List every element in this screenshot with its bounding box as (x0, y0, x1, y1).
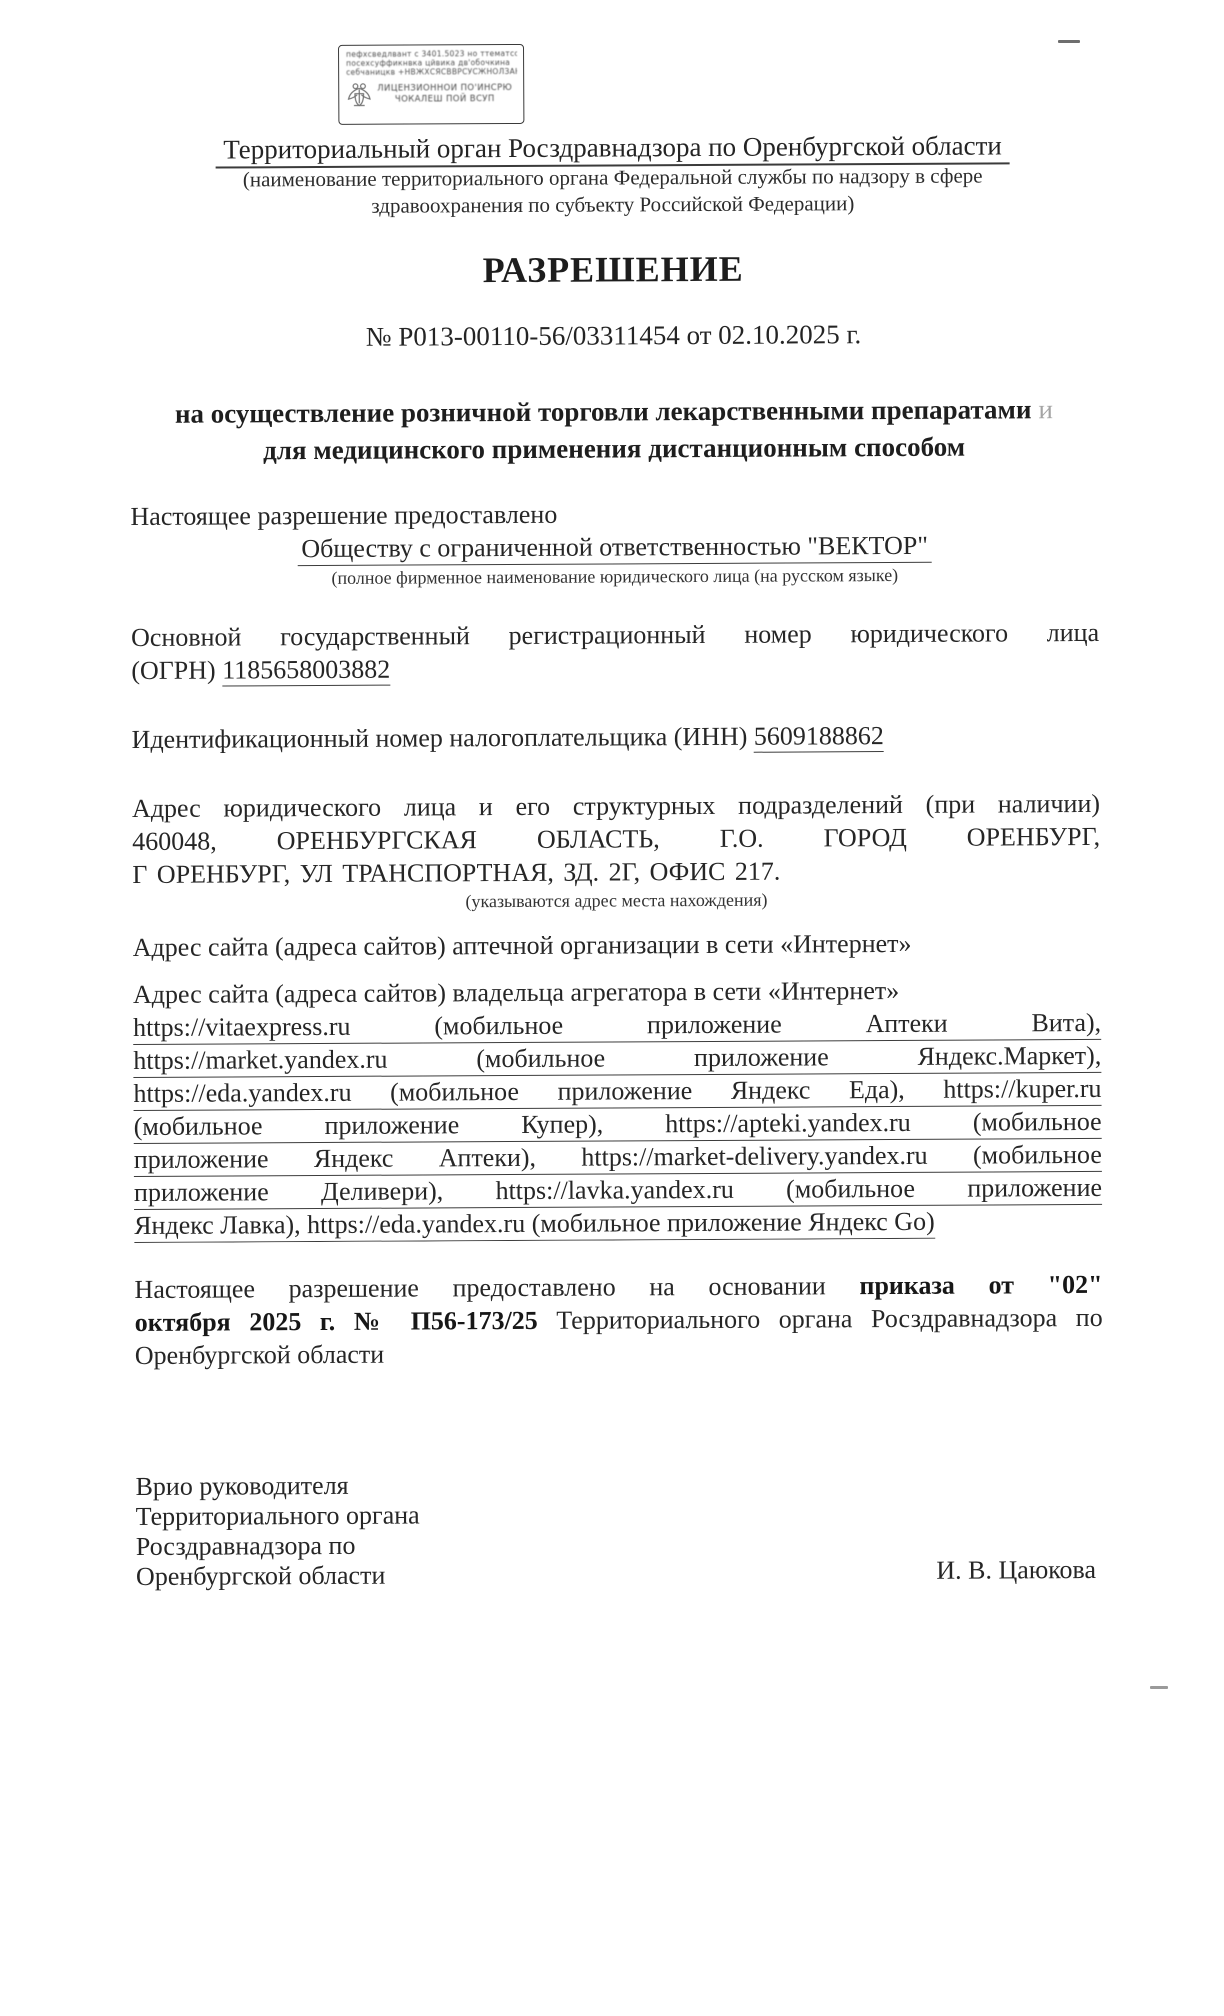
url-line: https://eda.yandex.ru (мобильное приложе… (133, 1073, 1101, 1111)
stamp-emblem-text-line: ЛИЦЕНЗИОННОЙ ПО'ЙНСРЮ (372, 83, 517, 95)
inn-paragraph: Идентификационный номер налогоплательщик… (132, 718, 1100, 756)
url-line: Яндекс Лавка), https://eda.yandex.ru (мо… (134, 1205, 1102, 1243)
document-number: № Р013-00110-56/03311454 от 02.10.2025 г… (129, 318, 1097, 354)
ogrn-paragraph: Основной государственный регистрационный… (131, 616, 1099, 687)
aggregator-site-line: Адрес сайта (адреса сайтов) владельца аг… (133, 973, 1101, 1011)
subject-line: для медицинского применения дистанционны… (130, 428, 1098, 470)
inn-value: 5609188862 (754, 721, 884, 753)
url-line: приложение Яндекс Аптеки), https://marke… (134, 1139, 1102, 1177)
ogrn-value: 1185658003882 (222, 655, 390, 687)
org-name-note: здравоохранения по субъекту Российской Ф… (129, 189, 1097, 221)
signature-name: И. В. Цаюкова (936, 1555, 1096, 1588)
company-name: Обществу с ограниченной ответственностью… (131, 528, 1099, 567)
url-line: https://vitaexpress.ru (мобильное прилож… (133, 1007, 1101, 1045)
stamp-text-line: себчаницкв +НВЖХСЯСВВРСУСЖНОЛЗАНЯЗЛУУЗАВ (346, 67, 517, 77)
org-name: Территориальный орган Росздравнадзора по… (128, 129, 1096, 167)
aggregator-url-list: https://vitaexpress.ru (мобильное прилож… (133, 1007, 1102, 1243)
url-line: https://market.yandex.ru (мобильное прил… (133, 1040, 1101, 1078)
pharmacy-site-line: Адрес сайта (адреса сайтов) аптечной орг… (133, 926, 1101, 964)
subject-line: на осуществление розничной торговли лека… (130, 391, 1098, 433)
url-line: приложение Деливери), https://lavka.yand… (134, 1172, 1102, 1210)
basis-paragraph: Настоящее разрешение предоставлено на ос… (134, 1268, 1103, 1372)
url-line: (мобильное приложение Купер), https://ap… (134, 1106, 1102, 1144)
stamp-emblem-text-line: ЧОКАЛЕШ ПОЙ ВСУП (372, 94, 517, 106)
document-title: РАЗРЕШЕНИЕ (129, 246, 1097, 293)
document-content: пефхсведлвант с 3401.5023 но ттематссо п… (128, 41, 1104, 1592)
org-name-note: (наименование территориального органа Фе… (129, 162, 1097, 194)
signature-block: Врио руководителя Территориального орган… (135, 1467, 1104, 1592)
signature-position: Врио руководителя Территориального орган… (135, 1470, 420, 1591)
scan-ghost-char: и (1038, 394, 1053, 424)
scan-artifact-dash (1058, 40, 1080, 43)
address-note: (указываются адрес места нахождения) (132, 886, 1100, 915)
coat-of-arms-icon (346, 80, 372, 110)
company-note: (полное фирменное наименование юридическ… (131, 562, 1099, 591)
scan-artifact-dash (1150, 1686, 1168, 1689)
registration-stamp: пефхсведлвант с 3401.5023 но ттематссо п… (338, 44, 524, 125)
address-paragraph: Адрес юридического лица и его структурны… (132, 787, 1101, 915)
document-subject: на осуществление розничной торговли лека… (130, 391, 1098, 470)
grantee-intro: Настоящее разрешение предоставлено (130, 495, 1098, 533)
document-page: пефхсведлвант с 3401.5023 но ттематссо п… (0, 0, 1224, 2016)
